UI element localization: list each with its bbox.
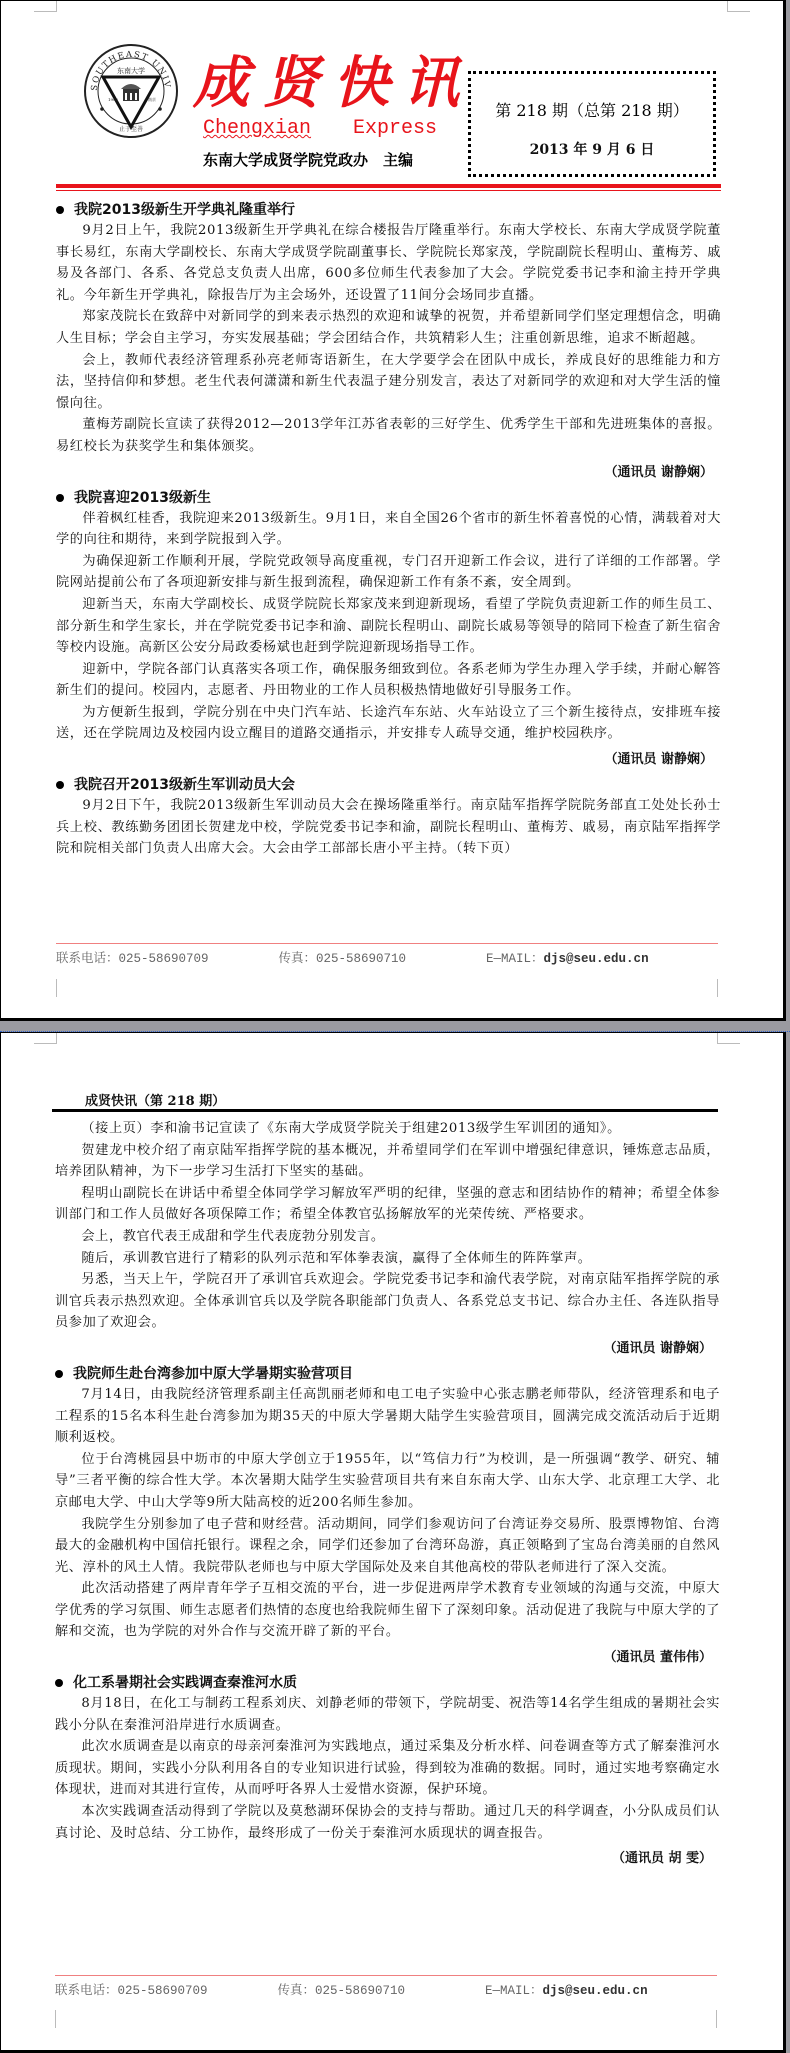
crop-mark [717, 979, 718, 997]
crop-mark [55, 2010, 56, 2028]
issue-date: 2013 年 9 月 6 日 [471, 139, 713, 159]
article-paragraph: 随后，承训教官进行了精彩的队列示范和军体拳表演，赢得了全体师生的阵阵掌声。 [55, 1248, 720, 1270]
article-paragraph: 会上，教官代表王成甜和学生代表庞勃分别发言。 [55, 1226, 720, 1248]
masthead-divider [56, 184, 721, 191]
article-byline: （通讯员 谢静娴） [56, 462, 713, 484]
article-paragraph: 9月2日上午，我院2013级新生开学典礼在综合楼报告厅隆重举行。东南大学校长、东… [56, 220, 721, 306]
fax-number: 025-58690710 [315, 1983, 405, 1999]
svg-text:南京: 南京 [148, 96, 156, 102]
article-title: 我院师生赴台湾参加中原大学暑期实验营项目 [55, 1364, 720, 1384]
fax-number: 025-58690710 [316, 951, 406, 967]
svg-text:1902: 1902 [108, 97, 119, 102]
article: 我院2013级新生开学典礼隆重举行 9月2日上午，我院2013级新生开学典礼在综… [56, 200, 721, 484]
crop-mark [34, 1, 57, 12]
article-paragraph: 贺建龙中校介绍了南京陆军指挥学院的基本概况，并希望同学们在军训中增强纪律意识，锤… [55, 1140, 720, 1183]
article-byline: （通讯员 胡 雯） [55, 1848, 712, 1870]
newsletter-title: 成贤快讯 [193, 51, 473, 115]
bullet-icon [55, 1370, 63, 1378]
university-logo-icon: SOUTHEAST UNIVERSITY 东南大学 1902 南京 止于至善 [83, 43, 179, 139]
email-link[interactable]: djs@seu.edu.cn [543, 1983, 648, 1999]
crop-mark [717, 1033, 740, 1044]
article-paragraph: 另悉，当天上午，学院召开了承训官兵欢迎会。学院党委书记李和渝代表学院，对南京陆军… [55, 1269, 720, 1334]
svg-text:东南大学: 东南大学 [117, 66, 145, 75]
title-en-word-2: Express [353, 117, 437, 140]
article-paragraph: 此次活动搭建了两岸青年学子互相交流的平台，进一步促进两岸学术教育专业领域的沟通与… [55, 1578, 720, 1643]
page1-content: 我院2013级新生开学典礼隆重举行 9月2日上午，我院2013级新生开学典礼在综… [56, 200, 721, 860]
crop-mark [56, 979, 57, 997]
footer-divider [55, 1975, 717, 1976]
article-paragraph: 为确保迎新工作顺利开展，学院党政领导高度重视，专门召开迎新工作会议，进行了详细的… [56, 551, 721, 594]
bullet-icon [56, 494, 64, 502]
phone-number: 025-58690709 [119, 951, 209, 967]
article-paragraph: 伴着枫红桂香，我院迎来2013级新生。9月1日，来自全国26个省市的新生怀着喜悦… [56, 508, 721, 551]
article: 我院喜迎2013级新生 伴着枫红桂香，我院迎来2013级新生。9月1日，来自全国… [56, 488, 721, 772]
article-byline: （通讯员 谢静娴） [55, 1338, 712, 1360]
article-paragraph: 会上，教师代表经济管理系孙亮老师寄语新生，在大学要学会在团队中成长，养成良好的思… [56, 350, 721, 415]
article: 我院召开2013级新生军训动员大会 9月2日下午，我院2013级新生军训动员大会… [56, 775, 721, 860]
document-page-1: SOUTHEAST UNIVERSITY 东南大学 1902 南京 止于至善 成… [0, 0, 786, 1021]
article-paragraph: 迎新当天，东南大学副校长、成贤学院院长郑家茂来到迎新现场，看望了学院负责迎新工作… [56, 594, 721, 659]
crop-mark [727, 1, 750, 12]
article: 我院师生赴台湾参加中原大学暑期实验营项目 7月14日，由我院经济管理系副主任高凯… [55, 1364, 720, 1669]
running-header: 成贤快讯（第 218 期） [85, 1090, 225, 1109]
page2-content: （接上页）李和渝书记宣读了《东南大学成贤学院关于组建2013级学生军训团的通知》… [55, 1118, 720, 1874]
article: 化工系暑期社会实践调查秦淮河水质 8月18日，在化工与制药工程系刘庆、刘静老师的… [55, 1673, 720, 1870]
bullet-icon [56, 781, 64, 789]
article-paragraph: （接上页）李和渝书记宣读了《东南大学成贤学院关于组建2013级学生军训团的通知》… [55, 1118, 720, 1140]
article-paragraph: 此次水质调查是以南京的母亲河秦淮河为实践地点，通过采集及分析水样、问卷调查等方式… [55, 1736, 720, 1801]
article-byline: （通讯员 董伟伟） [55, 1647, 712, 1669]
header-divider [52, 1109, 718, 1112]
article-title: 化工系暑期社会实践调查秦淮河水质 [55, 1673, 720, 1693]
phone-number: 025-58690709 [118, 1983, 208, 1999]
article-paragraph: 9月2日下午，我院2013级新生军训动员大会在操场隆重举行。南京陆军指挥学院院务… [56, 795, 721, 860]
issue-info-box: 第 218 期（总第 218 期） 2013 年 9 月 6 日 [468, 71, 716, 177]
article-paragraph: 董梅芳副院长宣读了获得2012—2013学年江苏省表彰的三好学生、优秀学生干部和… [56, 414, 721, 457]
newsletter-title-english: Chengxian Express [203, 117, 437, 141]
crop-mark [716, 2010, 717, 2028]
email-link[interactable]: djs@seu.edu.cn [544, 951, 649, 967]
article-paragraph: 8月18日，在化工与制药工程系刘庆、刘静老师的带领下，学院胡雯、祝浩等14名学生… [55, 1693, 720, 1736]
bullet-icon [56, 206, 64, 214]
article-paragraph: 位于台湾桃园县中坜市的中原大学创立于1955年，以“笃信力行”为校训，是一所强调… [55, 1449, 720, 1514]
article-title: 我院喜迎2013级新生 [56, 488, 721, 508]
issue-number: 第 218 期（总第 218 期） [471, 98, 713, 121]
article-title: 我院2013级新生开学典礼隆重举行 [56, 200, 721, 220]
title-en-word-1: Chengxian [203, 117, 311, 140]
contact-footer: 联系电话：025-58690709 传真：025-58690710 E—MAIL… [56, 951, 718, 967]
footer-divider [56, 943, 718, 944]
article-paragraph: 为方便新生报到，学院分别在中央门汽车站、长途汽车东站、火车站设立了三个新生接待点… [56, 702, 721, 745]
article-paragraph: 本次实践调查活动得到了学院以及莫愁湖环保协会的支持与帮助。通过几天的科学调查，小… [55, 1801, 720, 1844]
contact-footer: 联系电话：025-58690709 传真：025-58690710 E—MAIL… [55, 1983, 717, 1999]
article-paragraph: 郑家茂院长在致辞中对新同学的到来表示热烈的欢迎和诚挚的祝贺，并希望新同学们坚定理… [56, 306, 721, 349]
article-paragraph: 程明山副院长在讲话中希望全体同学学习解放军严明的纪律，坚强的意志和团结协作的精神… [55, 1183, 720, 1226]
article-byline: （通讯员 谢静娴） [56, 749, 713, 771]
crop-mark [34, 1033, 57, 1044]
article-continued: （接上页）李和渝书记宣读了《东南大学成贤学院关于组建2013级学生军训团的通知》… [55, 1118, 720, 1360]
editor-line: 东南大学成贤学院党政办 主编 [203, 151, 413, 169]
article-paragraph: 我院学生分别参加了电子营和财经营。活动期间，同学们参观访问了台湾证券交易所、股票… [55, 1514, 720, 1579]
article-paragraph: 7月14日，由我院经济管理系副主任高凯丽老师和电工电子实验中心张志鹏老师带队，经… [55, 1384, 720, 1449]
article-title: 我院召开2013级新生军训动员大会 [56, 775, 721, 795]
svg-text:止于至善: 止于至善 [119, 125, 143, 133]
article-paragraph: 迎新中，学院各部门认真落实各项工作，确保服务细致到位。各系老师为学生办理入学手续… [56, 659, 721, 702]
bullet-icon [55, 1679, 63, 1687]
